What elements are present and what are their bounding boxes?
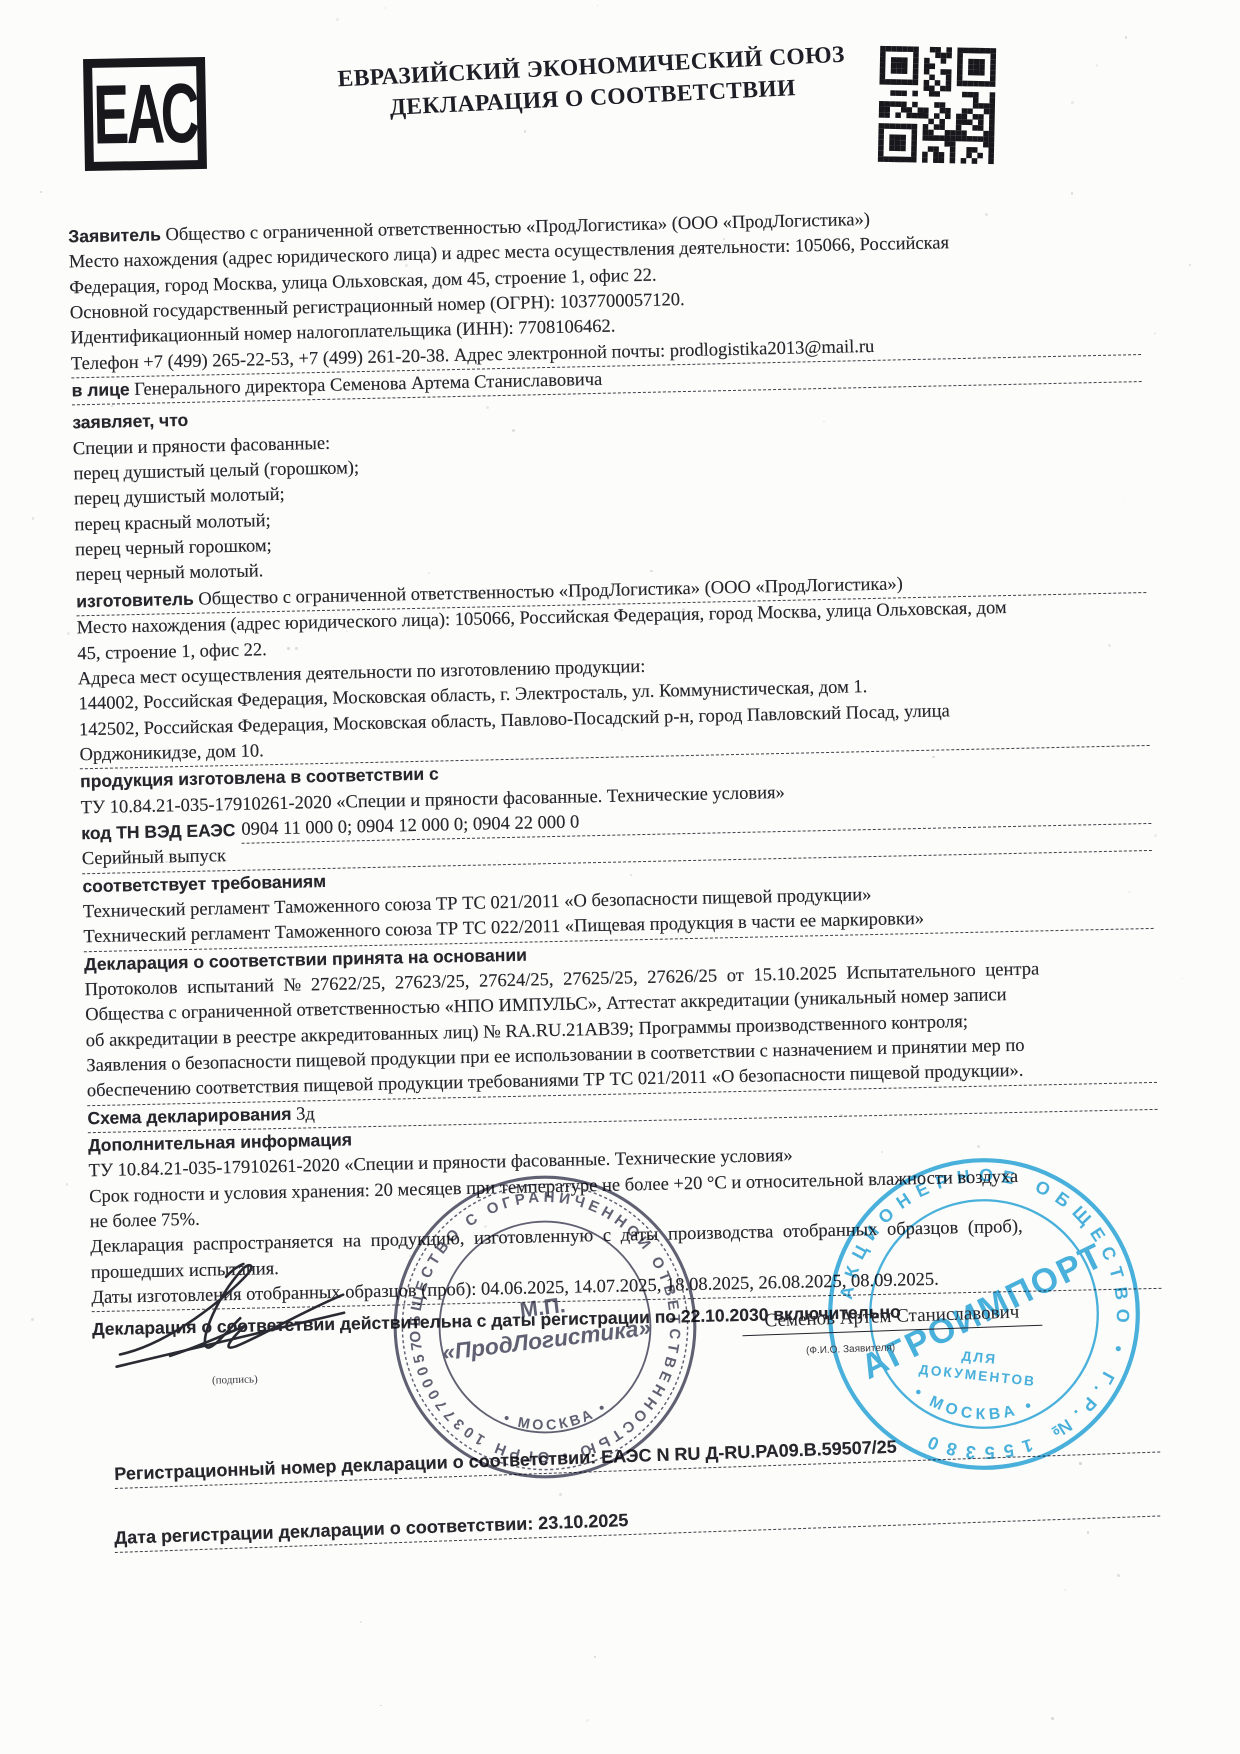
field-text: перец душистый целый (горошком); (73, 458, 359, 484)
field-text: Специи и пряности фасованные: (73, 434, 331, 460)
scan-noise-dot (524, 130, 526, 132)
field-text: перец душистый молотый; (74, 485, 285, 510)
qr-code (867, 35, 1008, 176)
scan-noise-dot (95, 472, 96, 473)
scan-noise-dot (380, 1705, 381, 1706)
scan-noise-dot (1125, 36, 1127, 38)
scan-noise-dot (516, 1166, 519, 1169)
scan-noise-dot (486, 406, 489, 409)
field-label: в лице (71, 379, 129, 400)
field-text: перец черный горошком; (75, 536, 272, 560)
field-label: соответствует требованиям (82, 871, 326, 896)
field-text: Серийный выпуск (82, 846, 227, 869)
company-round-stamp: ОБЩЕСТВО С ОГРАНИЧЕННОЙ ОТВЕТСТВЕННОСТЬЮ… (372, 1154, 717, 1499)
scan-noise-dot (650, 570, 653, 573)
scan-noise-dot (1079, 1462, 1082, 1465)
registration-date-line: Дата регистрации декларации о соответств… (114, 1491, 1160, 1552)
scan-noise-dot (1117, 1574, 1120, 1577)
stamp-mp-label: М.П. (518, 1292, 566, 1322)
scan-noise-dot (165, 861, 167, 863)
field-text: перец черный молотый. (75, 562, 263, 586)
scan-noise-dot (512, 429, 515, 432)
scan-noise-dot (2, 1067, 3, 1068)
scan-noise-dot (32, 517, 35, 520)
blue-stamp-sub2: ДОКУМЕНТОВ (918, 1362, 1037, 1389)
scan-noise-dot (682, 608, 685, 611)
scan-noise-dot (662, 1184, 665, 1187)
field-label: код ТН ВЭД ЕАЭС (81, 818, 236, 848)
scan-noise-dot (1189, 264, 1192, 267)
scan-noise-dot (1051, 1717, 1054, 1720)
scan-noise-dot (985, 213, 988, 216)
scan-noise-dot (597, 5, 598, 6)
scan-noise-dot (597, 1189, 600, 1192)
scan-noise-dot (31, 1318, 34, 1321)
field-label: Дополнительная информация (88, 1129, 352, 1155)
scan-noise-dot (1064, 1589, 1066, 1591)
scan-noise-dot (508, 106, 510, 108)
scan-noise-dot (405, 264, 408, 267)
field-label: Заявитель (68, 224, 161, 246)
eac-logo: ЕАС (83, 57, 207, 171)
scan-noise-dot (1096, 64, 1099, 67)
field-text: 3д (291, 1104, 315, 1125)
scan-noise-dot (336, 18, 339, 21)
stamp-company-name: «ПродЛогистика» (441, 1314, 653, 1365)
field-text: Орджоникидзе, дом 10. (79, 741, 264, 765)
signature-caption: (подпись) (212, 1373, 258, 1386)
scan-noise-dot (66, 1183, 69, 1186)
page-title: ЕВРАЗИЙСКИЙ ЭКОНОМИЧЕСКИЙ СОЮЗ ДЕКЛАРАЦИ… (271, 36, 913, 129)
field-text: не более 75%. (90, 1210, 200, 1232)
scan-noise-dot (840, 1114, 843, 1117)
scan-noise-dot (559, 1493, 562, 1496)
scan-noise-dot (1154, 834, 1157, 837)
stamp-bottom-text: • МОСКВА • (499, 1398, 613, 1440)
scan-noise-dot (881, 1151, 883, 1153)
scan-noise-dot (384, 7, 386, 9)
field-label: изготовитель (76, 589, 194, 612)
field-text: перец красный молотый; (74, 511, 271, 535)
signature-image (105, 1249, 381, 1378)
eac-logo-letters: ЕАС (93, 65, 198, 164)
scan-noise-dot (149, 364, 151, 366)
blue-stamp-sub1: ДЛЯ (961, 1348, 998, 1367)
scan-noise-dot (586, 1719, 588, 1721)
scan-noise-dot (594, 1656, 596, 1658)
scan-noise-dot (1071, 101, 1074, 104)
scan-noise-dot (1071, 192, 1074, 195)
scan-noise-dot (1087, 1531, 1090, 1534)
scan-noise-dot (40, 191, 42, 193)
field-text: 45, строение 1, офис 22. (77, 640, 267, 664)
field-label: заявляет, что (72, 410, 188, 433)
field-label: продукция изготовлена в соответствии с (80, 764, 439, 792)
scan-noise-dot (839, 1545, 840, 1546)
declaration-document: ЕАС ЕВРАЗИЙСКИЙ ЭКОНОМИЧЕСКИЙ СОЮЗ ДЕКЛА… (0, 0, 1240, 1754)
scan-noise-dot (360, 1621, 362, 1623)
scan-noise-dot (1182, 978, 1183, 979)
scan-noise-dot (1154, 332, 1156, 334)
svg-text:• МОСКВА •: • МОСКВА • (499, 1398, 613, 1440)
scan-noise-dot (67, 632, 70, 635)
field-label: Схема декларирования (87, 1103, 291, 1127)
scan-noise-dot (287, 647, 290, 650)
scan-noise-dot (268, 1094, 271, 1097)
